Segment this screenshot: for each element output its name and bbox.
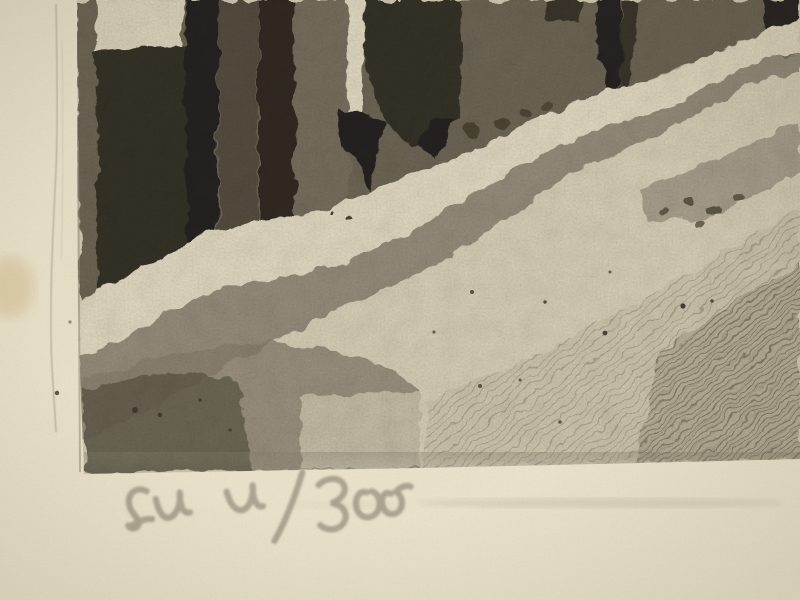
artwork-photo bbox=[0, 0, 800, 600]
paper-grain bbox=[0, 0, 800, 600]
etching-corner-scene bbox=[0, 0, 800, 600]
